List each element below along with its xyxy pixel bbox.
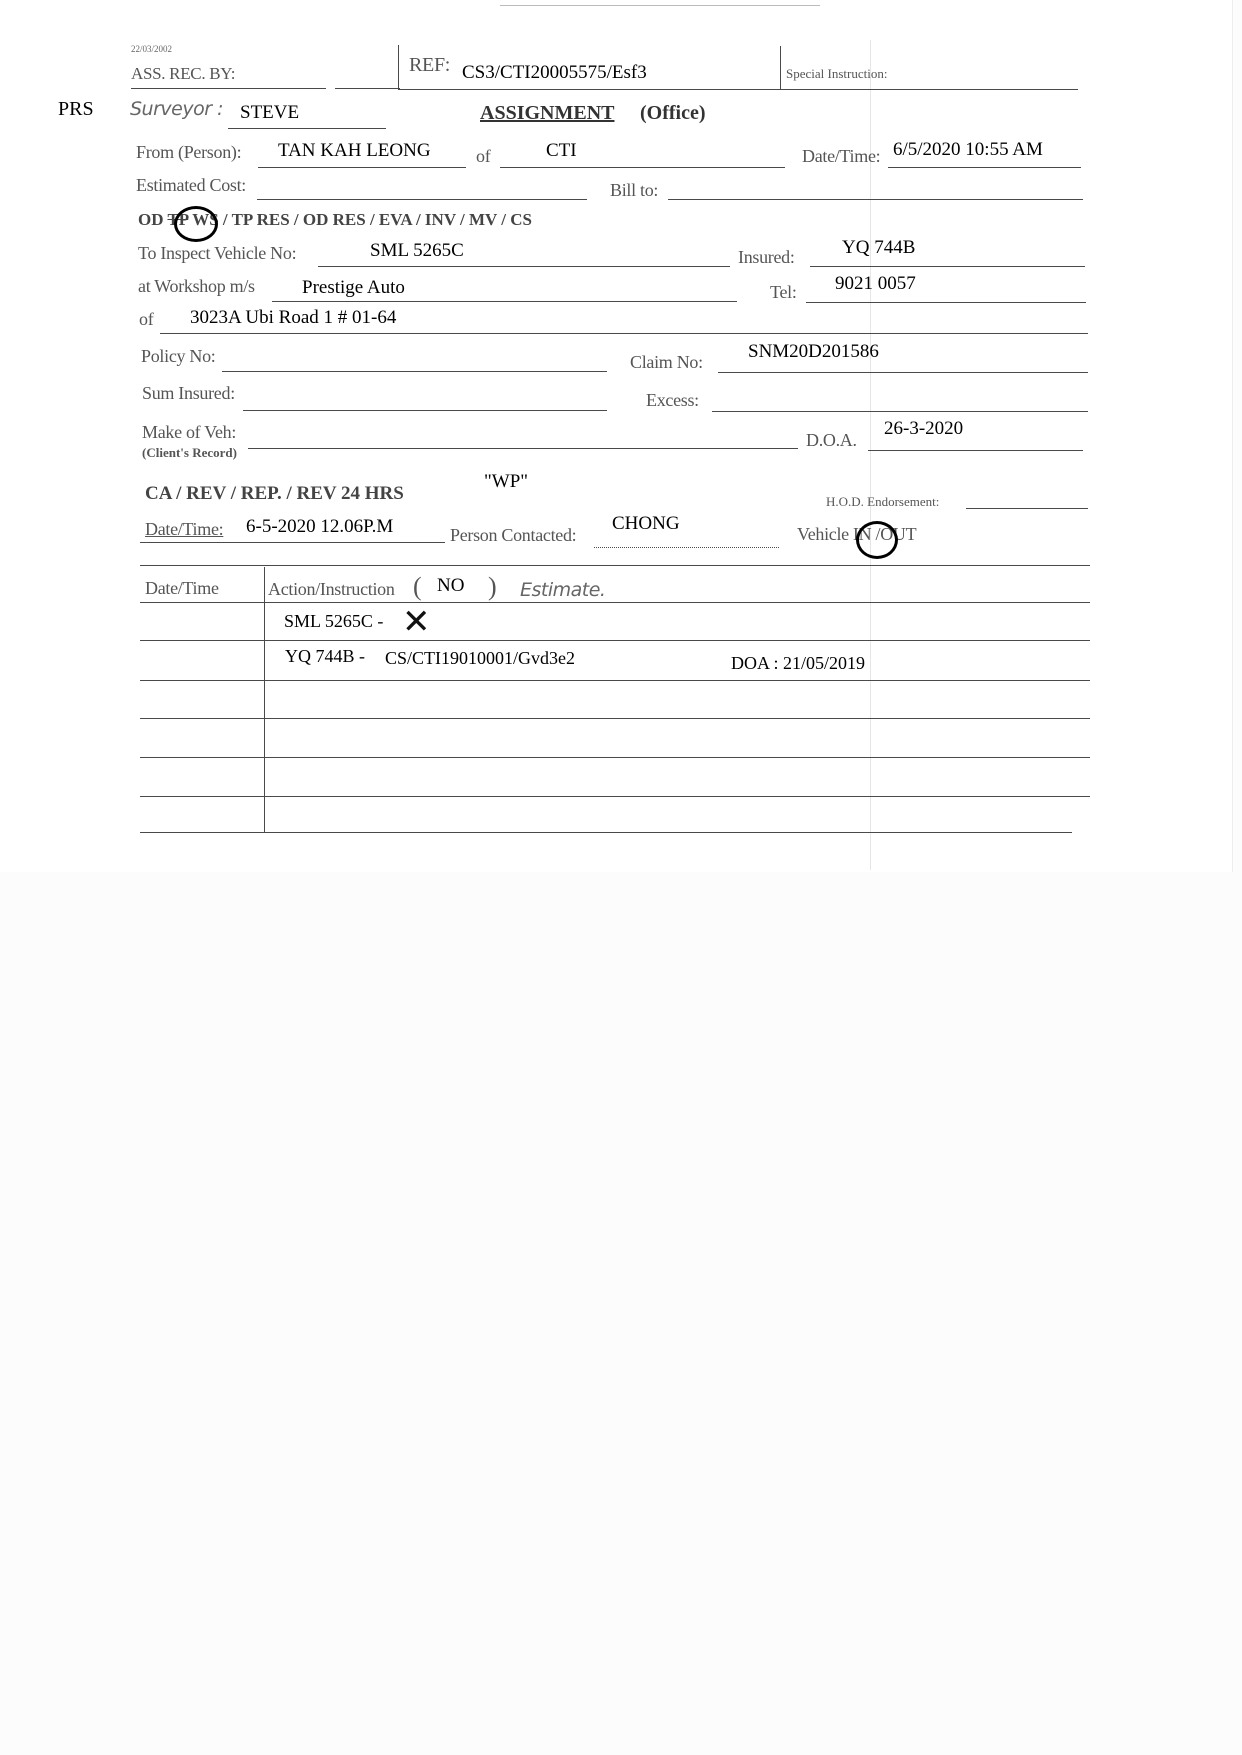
log-row-empty	[140, 718, 1090, 719]
address-of-label: of	[139, 309, 153, 330]
policy-no-field[interactable]	[222, 371, 607, 372]
hod-endorsement-label: H.O.D. Endorsement:	[826, 494, 939, 510]
selection-circle-icon	[856, 521, 898, 559]
form-title: ASSIGNMENT	[480, 102, 614, 125]
selection-circle-icon	[174, 206, 218, 242]
inspect-vehicle-value: SML 5265C	[370, 240, 464, 262]
estimate-note: Estimate.	[520, 579, 605, 601]
address-value: 3023A Ubi Road 1 # 01-64	[190, 307, 396, 329]
make-sublabel: (Client's Record)	[142, 445, 237, 461]
scan-artifact-top	[500, 5, 820, 6]
inspect-vehicle-label: To Inspect Vehicle No:	[138, 243, 296, 264]
estimated-cost-field[interactable]	[257, 199, 587, 200]
claim-no-value: SNM20D201586	[748, 341, 879, 363]
ref-label: REF:	[409, 54, 450, 77]
from-person-value: TAN KAH LEONG	[278, 140, 431, 162]
excess-field[interactable]	[712, 411, 1088, 412]
ass-rec-by-label: ASS. REC. BY:	[131, 64, 235, 84]
review-note: "WP"	[484, 471, 528, 493]
of-label: of	[476, 146, 490, 167]
log-row-empty	[140, 796, 1090, 797]
cross-mark-icon: ✕	[402, 602, 431, 642]
estimate-flag-value[interactable]: NO	[437, 575, 464, 597]
from-datetime-label: Date/Time:	[802, 146, 880, 167]
make-field[interactable]	[248, 448, 798, 449]
tel-value: 9021 0057	[835, 273, 916, 295]
policy-no-label: Policy No:	[141, 346, 216, 367]
from-person-label: From (Person):	[136, 142, 241, 163]
review-datetime-label: Date/Time:	[145, 519, 223, 540]
ref-value: CS3/CTI20005575/Esf3	[462, 62, 647, 84]
bill-to-field[interactable]	[668, 199, 1083, 200]
form-date: 22/03/2002	[131, 44, 172, 54]
col-datetime-header: Date/Time	[145, 578, 219, 599]
sum-insured-field[interactable]	[243, 410, 607, 411]
surveyor-value: STEVE	[240, 102, 299, 124]
scanned-form: PRS 22/03/2002 ASS. REC. BY: REF: CS3/CT…	[0, 0, 1233, 872]
insured-label: Insured:	[738, 247, 795, 268]
person-contacted-value: CHONG	[612, 513, 680, 535]
form-title-suffix: (Office)	[640, 102, 706, 125]
excess-label: Excess:	[646, 390, 699, 411]
log-row-action: SML 5265C -	[284, 611, 383, 632]
doa-label: D.O.A.	[806, 430, 857, 451]
log-row-extra: DOA : 21/05/2019	[731, 653, 865, 674]
review-datetime-value: 6-5-2020 12.06P.M	[246, 516, 393, 538]
prs-label: PRS	[58, 98, 94, 121]
special-instruction-label: Special Instruction:	[786, 66, 887, 82]
bill-to-label: Bill to:	[610, 180, 658, 201]
log-row-action: YQ 744B -	[285, 646, 365, 667]
estimated-cost-label: Estimated Cost:	[136, 175, 246, 196]
col-action-header: Action/Instruction	[268, 579, 395, 600]
tel-label: Tel:	[770, 282, 797, 303]
sum-insured-label: Sum Insured:	[142, 383, 235, 404]
insured-value: YQ 744B	[842, 237, 915, 259]
log-row-empty	[140, 832, 1072, 833]
workshop-label: at Workshop m/s	[138, 276, 255, 297]
make-label: Make of Veh:	[142, 422, 236, 443]
claim-no-label: Claim No:	[630, 352, 703, 373]
person-contacted-label: Person Contacted:	[450, 525, 576, 546]
workshop-value: Prestige Auto	[302, 277, 405, 299]
log-row-ref: CS/CTI19010001/Gvd3e2	[385, 648, 575, 669]
review-types: CA / REV / REP. / REV 24 HRS	[145, 483, 404, 505]
surveyor-label: Surveyor :	[130, 98, 223, 120]
of-value: CTI	[546, 140, 577, 162]
log-row-empty	[140, 757, 1090, 758]
hod-endorsement-field[interactable]	[966, 508, 1088, 509]
doa-value: 26-3-2020	[884, 418, 963, 440]
from-datetime-value: 6/5/2020 10:55 AM	[893, 139, 1043, 161]
